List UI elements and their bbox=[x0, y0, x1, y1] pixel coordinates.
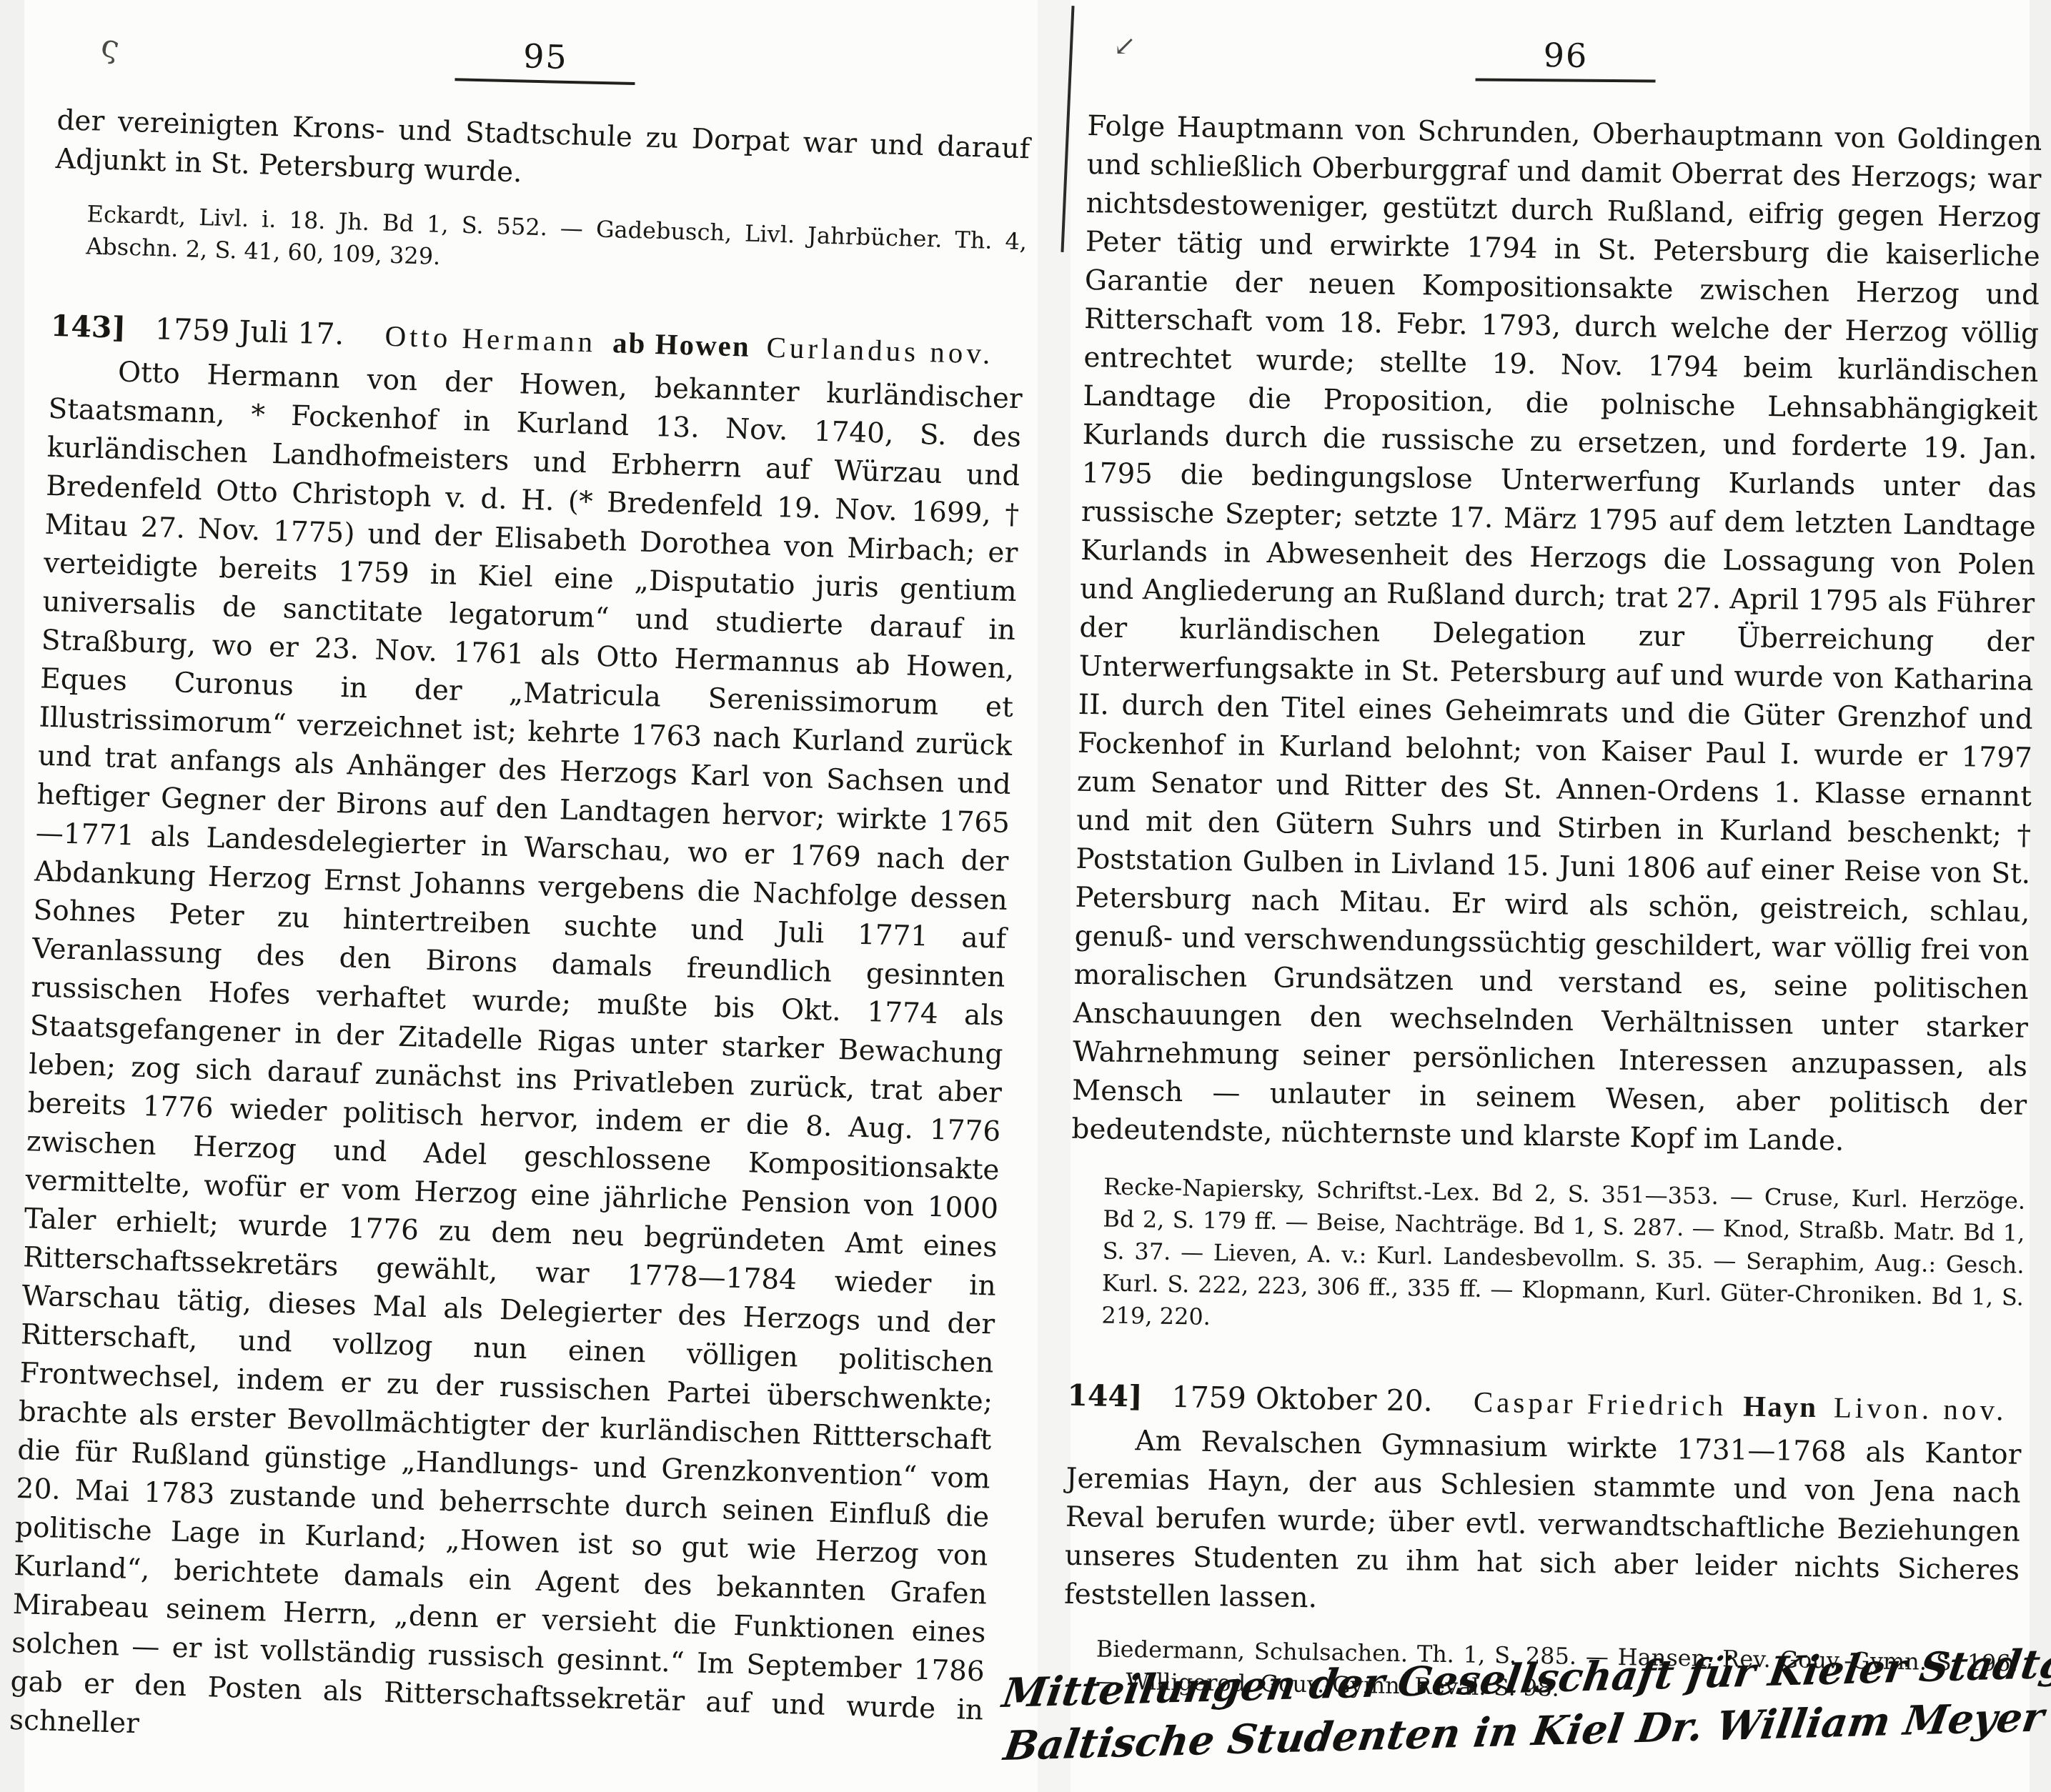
entry-number-143: 143] bbox=[50, 309, 126, 345]
entry-name-bold-144: Hayn bbox=[1743, 1390, 1817, 1424]
page-header-left: 95 bbox=[59, 23, 1033, 97]
entry-date-143: 1759 Juli 17. bbox=[154, 312, 344, 352]
entry-date-144: 1759 Oktober 20. bbox=[1171, 1380, 1433, 1418]
page-number-95: 95 bbox=[522, 36, 568, 76]
entry-number-144: 144] bbox=[1067, 1378, 1143, 1414]
scanned-book-spread: ς ↙ 95 der vereinigten Krons- und Stadts… bbox=[0, 0, 2051, 1792]
page-number-underline-96 bbox=[1476, 78, 1656, 82]
intro-citation: Eckardt, Livl. i. 18. Jh. Bd 1, S. 552. … bbox=[86, 198, 1028, 290]
page-95: 95 der vereinigten Krons- und Stadtschul… bbox=[9, 13, 1033, 1768]
entry-name-plain-143: Otto Hermann bbox=[384, 319, 597, 359]
page-header-right: 96 bbox=[1088, 29, 2044, 89]
entry-citation-143: Recke-Napiersky, Schriftst.-Lex. Bd 2, S… bbox=[1101, 1171, 2025, 1346]
entry-body-144: Am Revalschen Gymnasium wirkte 1731—1768… bbox=[1064, 1421, 2022, 1629]
entry-name-suffix-144: Livon. nov. bbox=[1834, 1391, 2007, 1427]
page-number-underline-95 bbox=[455, 78, 635, 85]
entry-name-suffix-143: Curlandus nov. bbox=[766, 331, 994, 370]
entry-name-bold-143: ab Howen bbox=[612, 326, 750, 363]
entry-body-143: Otto Hermann von der Howen, bekannter ku… bbox=[9, 352, 1023, 1769]
page-96: 96 Folge Hauptmann von Schrunden, Oberha… bbox=[1063, 10, 2044, 1712]
continuation-paragraph: Folge Hauptmann von Schrunden, Oberhaupt… bbox=[1071, 107, 2042, 1164]
entry-name-plain-144: Caspar Friedrich bbox=[1474, 1385, 1727, 1423]
entry-heading-144: 144] 1759 Oktober 20. Caspar Friedrich H… bbox=[1067, 1377, 2022, 1429]
intro-paragraph: der vereinigten Krons- und Stadtschule z… bbox=[55, 101, 1031, 207]
page-number-96: 96 bbox=[1543, 36, 1588, 75]
